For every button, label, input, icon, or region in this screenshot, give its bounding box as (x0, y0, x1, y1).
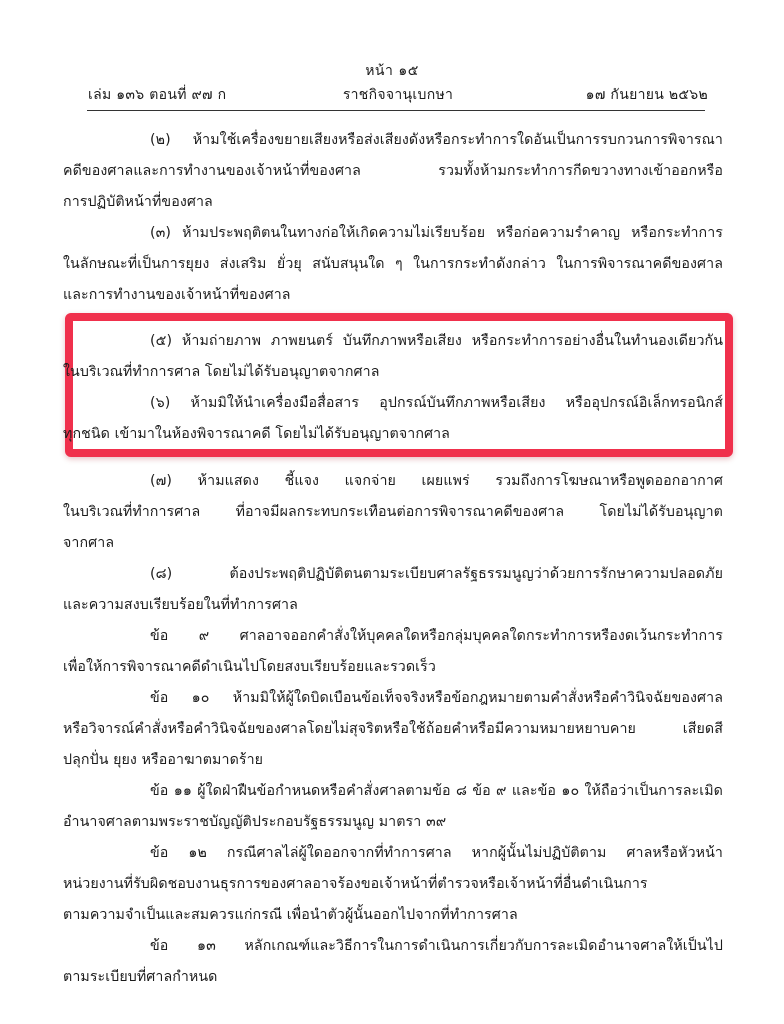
text-line: ตามความจำเป็นและสมควรแก่กรณี เพื่อนำตัวผ… (63, 900, 723, 931)
paragraph-item-7: (๗) ห้ามแสดง ชี้แจง แจกจ่าย เผยแพร่ รวมถ… (63, 466, 723, 559)
text-line: ตามระเบียบที่ศาลกำหนด (63, 962, 723, 993)
text-line: ทุกชนิด เข้ามาในห้องพิจารณาคดี โดยไม่ได้… (63, 419, 723, 450)
text-line: ในบริเวณที่ทำการศาล ที่อาจมีผลกระทบกระเท… (63, 497, 723, 528)
text-line: และความสงบเรียบร้อยในที่ทำการศาล (63, 590, 723, 621)
text-line: (๗) ห้ามแสดง ชี้แจง แจกจ่าย เผยแพร่ รวมถ… (63, 466, 723, 497)
text-line: การปฏิบัติหน้าที่ของศาล (63, 187, 723, 218)
text-line: คดีของศาลและการทำงานของเจ้าหน้าที่ของศาล… (63, 156, 723, 187)
paragraph-item-3: (๓) ห้ามประพฤติตนในทางก่อให้เกิดความไม่เ… (63, 218, 723, 311)
page-number: หน้า ๑๕ (0, 60, 784, 82)
text-line: เพื่อให้การพิจารณาคดีดำเนินไปโดยสงบเรียบ… (63, 652, 723, 683)
text-line: ข้อ ๑๑ ผู้ใดฝ่าฝืนข้อกำหนดหรือคำสั่งศาลต… (63, 776, 723, 807)
document-body-top: (๒) ห้ามใช้เครื่องขยายเสียงหรือส่งเสียงด… (63, 125, 723, 342)
text-line: (๘) ต้องประพฤติปฏิบัติตนตามระเบียบศาลรัฐ… (63, 559, 723, 590)
text-line: (๒) ห้ามใช้เครื่องขยายเสียงหรือส่งเสียงด… (63, 125, 723, 156)
text-line: ข้อ ๑๐ ห้ามมิให้ผู้ใดบิดเบือนข้อเท็จจริง… (63, 683, 723, 714)
paragraph-clause-13: ข้อ ๑๓ หลักเกณฑ์และวิธีการในการดำเนินการ… (63, 931, 723, 993)
paragraph-clause-9: ข้อ ๙ ศาลอาจออกคำสั่งให้บุคคลใดหรือกลุ่ม… (63, 621, 723, 683)
paragraph-item-6: (๖) ห้ามมิให้นำเครื่องมือสื่อสาร อุปกรณ์… (63, 388, 723, 450)
text-line: (๖) ห้ามมิให้นำเครื่องมือสื่อสาร อุปกรณ์… (63, 388, 723, 419)
text-line: (๓) ห้ามประพฤติตนในทางก่อให้เกิดความไม่เ… (63, 218, 723, 249)
gazette-header: เล่ม ๑๓๖ ตอนที่ ๙๗ ก ราชกิจจานุเบกษา ๑๗ … (88, 84, 708, 106)
paragraph-item-5: (๕) ห้ามถ่ายภาพ ภาพยนตร์ บันทึกภาพหรือเส… (63, 326, 723, 388)
document-body-bottom: (๗) ห้ามแสดง ชี้แจง แจกจ่าย เผยแพร่ รวมถ… (63, 466, 723, 993)
text-line: อำนาจศาลตามพระราชบัญญัติประกอบรัฐธรรมนูญ… (63, 807, 723, 838)
text-line: ข้อ ๑๓ หลักเกณฑ์และวิธีการในการดำเนินการ… (63, 931, 723, 962)
paragraph-item-2: (๒) ห้ามใช้เครื่องขยายเสียงหรือส่งเสียงด… (63, 125, 723, 218)
highlighted-content: (๕) ห้ามถ่ายภาพ ภาพยนตร์ บันทึกภาพหรือเส… (63, 326, 723, 450)
text-line: ในบริเวณที่ทำการศาล โดยไม่ได้รับอนุญาตจา… (63, 357, 723, 388)
text-line: ในลักษณะที่เป็นการยุยง ส่งเสริม ยั่วยุ ส… (63, 249, 723, 280)
header-rule (87, 110, 705, 111)
paragraph-item-8: (๘) ต้องประพฤติปฏิบัติตนตามระเบียบศาลรัฐ… (63, 559, 723, 621)
text-line: ข้อ ๑๒ กรณีศาลไล่ผู้ใดออกจากที่ทำการศาล … (63, 838, 723, 869)
text-line: หน่วยงานที่รับผิดชอบงานธุรการของศาลอาจร้… (63, 869, 723, 900)
text-line: (๕) ห้ามถ่ายภาพ ภาพยนตร์ บันทึกภาพหรือเส… (63, 326, 723, 357)
text-line: ปลุกปั่น ยุยง หรืออาฆาตมาดร้าย (63, 745, 723, 776)
paragraph-clause-10: ข้อ ๑๐ ห้ามมิให้ผู้ใดบิดเบือนข้อเท็จจริง… (63, 683, 723, 776)
text-line: หรือวิจารณ์คำสั่งหรือคำวินิจฉัยของศาลโดย… (63, 714, 723, 745)
publication-date: ๑๗ กันยายน ๒๕๖๒ (586, 84, 708, 106)
paragraph-clause-11: ข้อ ๑๑ ผู้ใดฝ่าฝืนข้อกำหนดหรือคำสั่งศาลต… (63, 776, 723, 838)
text-line: จากศาล (63, 528, 723, 559)
text-line: ข้อ ๙ ศาลอาจออกคำสั่งให้บุคคลใดหรือกลุ่ม… (63, 621, 723, 652)
text-line: และการทำงานของเจ้าหน้าที่ของศาล (63, 280, 723, 311)
paragraph-clause-12: ข้อ ๑๒ กรณีศาลไล่ผู้ใดออกจากที่ทำการศาล … (63, 838, 723, 931)
